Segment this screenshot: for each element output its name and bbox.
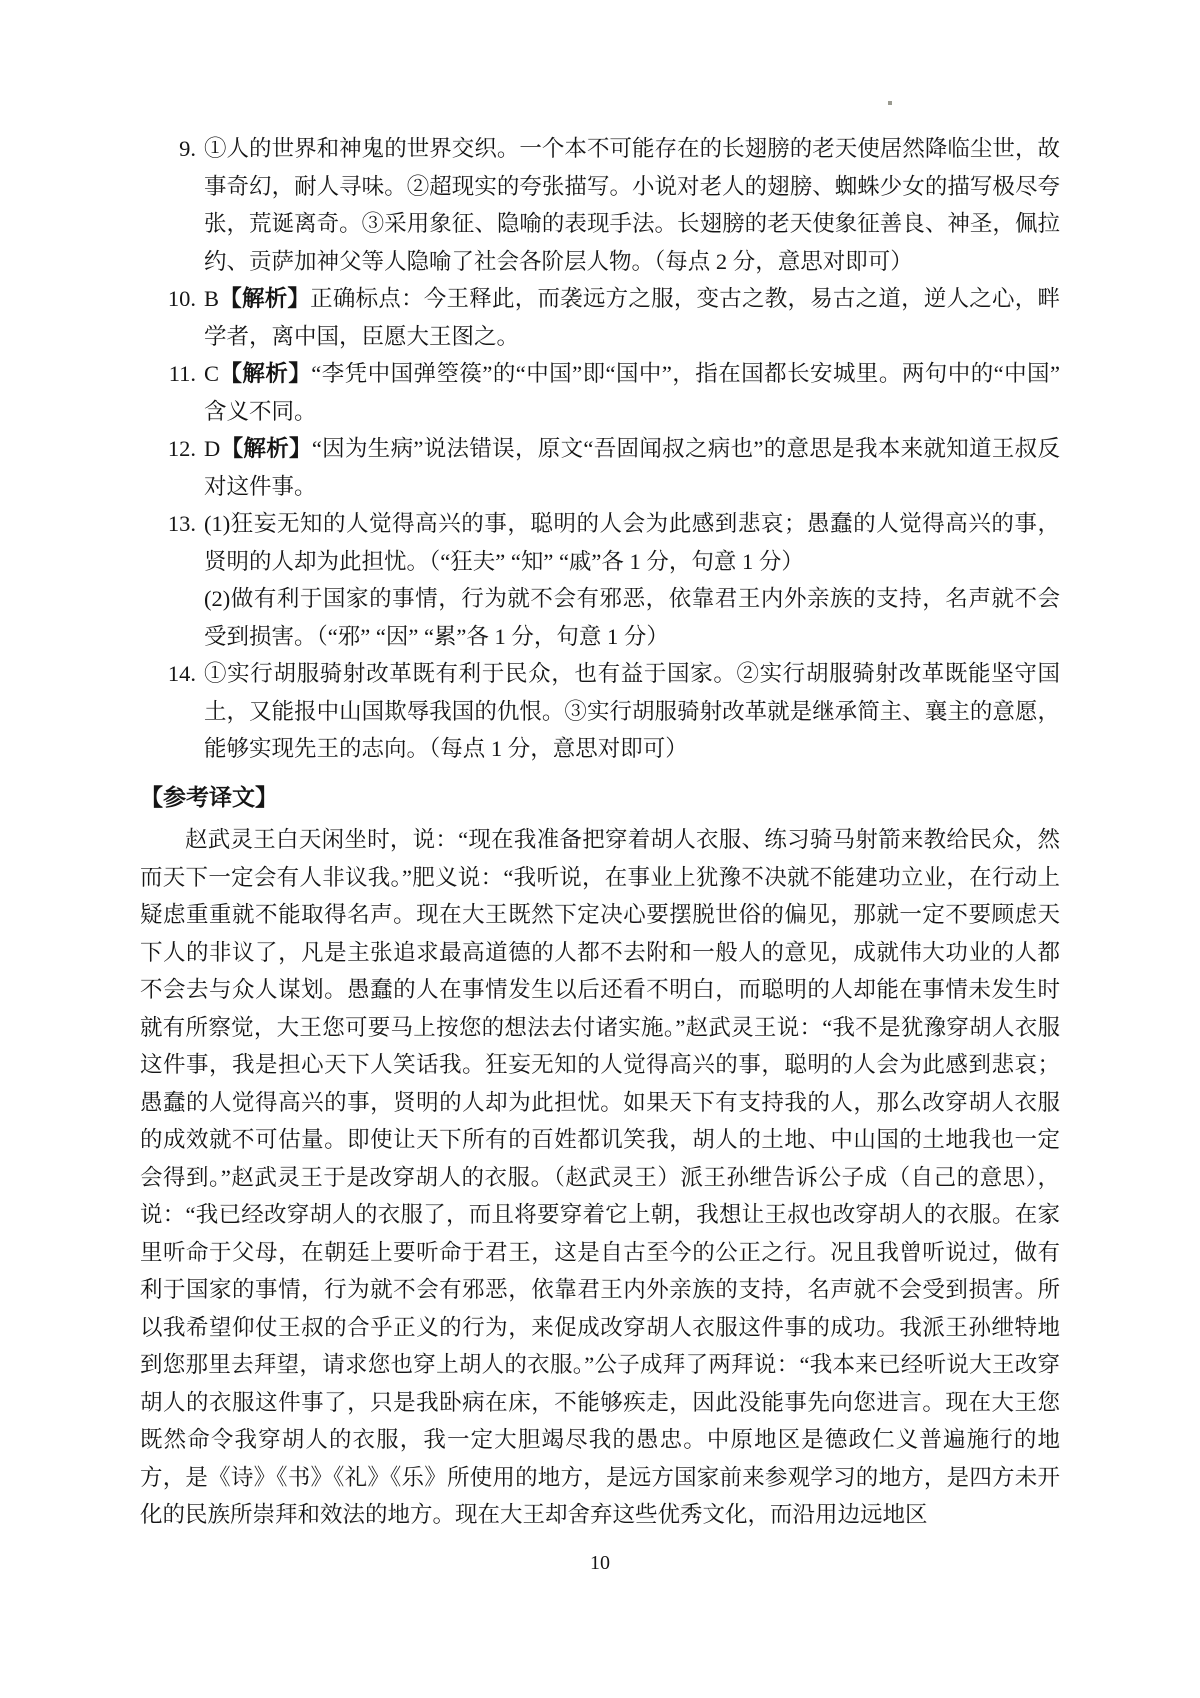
question-number: 11. <box>140 355 196 393</box>
answer-choice: C <box>204 361 219 386</box>
analysis-text: 正确标点：今王释此，而袭远方之服，变古之教，易古之道，逆人之心，畔学者，离中国，… <box>204 286 1060 349</box>
translation-heading: 【参考译文】 <box>140 779 1060 817</box>
page-number: 10 <box>590 1552 610 1574</box>
question-number: 9. <box>140 130 196 168</box>
answer-subpart-1: (1)狂妄无知的人觉得高兴的事，聪明的人会为此感到悲哀；愚蠢的人觉得高兴的事，贤… <box>204 505 1060 580</box>
answer-item-10: 10. B【解析】正确标点：今王释此，而袭远方之服，变古之教，易古之道，逆人之心… <box>140 280 1060 355</box>
analysis-text: “李凭中国弹箜篌”的“中国”即“国中”，指在国都长安城里。两句中的“中国”含义不… <box>204 361 1060 424</box>
page-footer: 10 <box>0 1548 1200 1578</box>
answer-item-14: 14. ①实行胡服骑射改革既有利于民众，也有益于国家。②实行胡服骑射改革既能坚守… <box>140 655 1060 768</box>
answer-item-13: 13. (1)狂妄无知的人觉得高兴的事，聪明的人会为此感到悲哀；愚蠢的人觉得高兴… <box>140 505 1060 655</box>
answer-item-9: 9. ①人的世界和神鬼的世界交织。一个本不可能存在的长翅膀的老天使居然降临尘世，… <box>140 130 1060 280</box>
answer-choice: B <box>204 286 219 311</box>
analysis-label: 【解析】 <box>220 436 312 461</box>
answer-text: B【解析】正确标点：今王释此，而袭远方之服，变古之教，易古之道，逆人之心，畔学者… <box>204 280 1060 355</box>
answer-subpart-2: (2)做有利于国家的事情，行为就不会有邪恶，依靠君王内外亲族的支持，名声就不会受… <box>204 580 1060 655</box>
analysis-text: “因为生病”说法错误，原文“吾固闻叔之病也”的意思是我本来就知道王叔反对这件事。 <box>204 436 1060 499</box>
question-number: 12. <box>140 430 196 468</box>
answer-text: ①人的世界和神鬼的世界交织。一个本不可能存在的长翅膀的老天使居然降临尘世，故事奇… <box>204 130 1060 280</box>
answer-item-11: 11. C【解析】“李凭中国弹箜篌”的“中国”即“国中”，指在国都长安城里。两句… <box>140 355 1060 430</box>
question-number: 13. <box>140 505 196 543</box>
stray-mark <box>888 101 892 105</box>
page-content: 9. ①人的世界和神鬼的世界交织。一个本不可能存在的长翅膀的老天使居然降临尘世，… <box>140 130 1060 1534</box>
translation-paragraph: 赵武灵王白天闲坐时，说：“现在我准备把穿着胡人衣服、练习骑马射箭来教给民众，然而… <box>140 821 1060 1534</box>
question-number: 10. <box>140 280 196 318</box>
question-number: 14. <box>140 655 196 693</box>
exam-answer-page: 9. ①人的世界和神鬼的世界交织。一个本不可能存在的长翅膀的老天使居然降临尘世，… <box>0 0 1200 1698</box>
analysis-label: 【解析】 <box>219 286 310 311</box>
answer-text: D【解析】“因为生病”说法错误，原文“吾固闻叔之病也”的意思是我本来就知道王叔反… <box>204 430 1060 505</box>
answer-item-12: 12. D【解析】“因为生病”说法错误，原文“吾固闻叔之病也”的意思是我本来就知… <box>140 430 1060 505</box>
answer-choice: D <box>204 436 220 461</box>
answer-text: ①实行胡服骑射改革既有利于民众，也有益于国家。②实行胡服骑射改革既能坚守国土，又… <box>204 655 1060 768</box>
answer-text: C【解析】“李凭中国弹箜篌”的“中国”即“国中”，指在国都长安城里。两句中的“中… <box>204 355 1060 430</box>
analysis-label: 【解析】 <box>219 361 311 386</box>
